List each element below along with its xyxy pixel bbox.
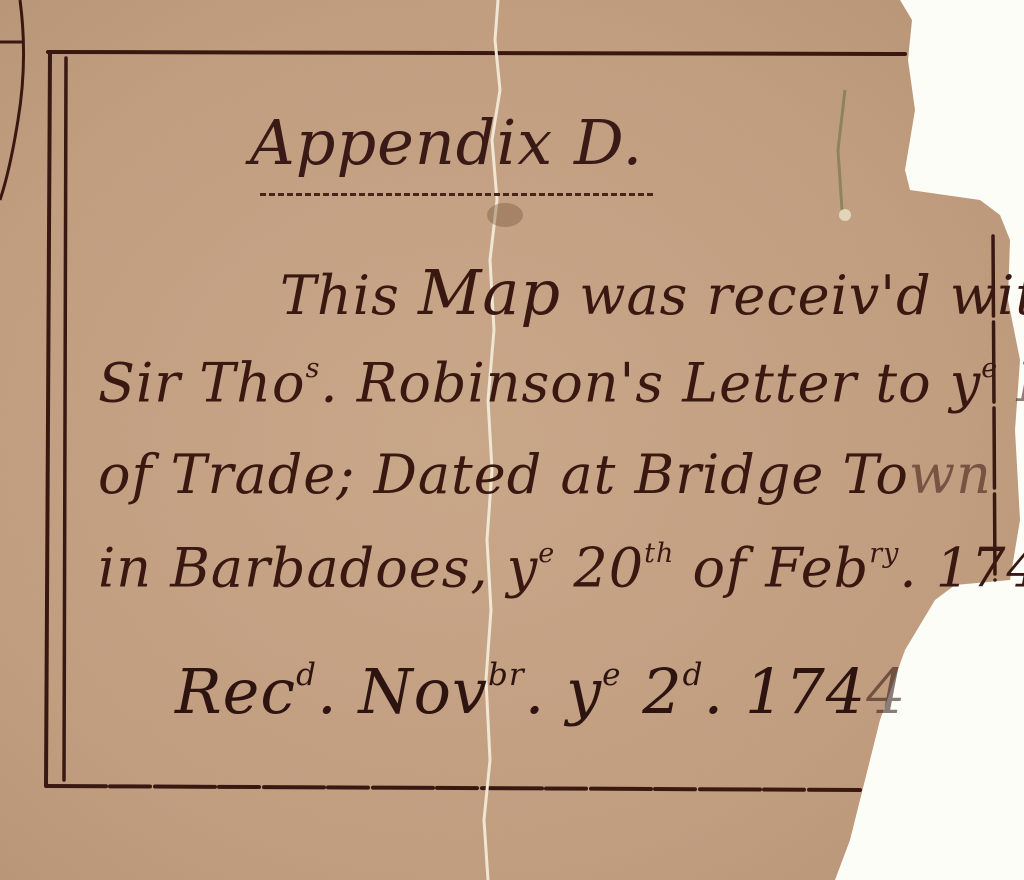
text-line-3: of Trade; Dated at Bridge Town	[98, 448, 992, 502]
line-segment: . Nov	[317, 655, 488, 728]
superscript: e	[981, 353, 998, 384]
superscript: th	[644, 538, 674, 569]
line-segment: was receiv'd with	[561, 264, 1024, 327]
line-segment: in Barbadoes, y	[98, 536, 538, 599]
line-segment: Sir Tho	[98, 351, 306, 414]
line-segment: . Robinson's Letter to y	[320, 351, 981, 414]
line-segment: Rec	[175, 655, 296, 728]
line-segment: Board	[998, 351, 1024, 414]
superscript: e	[602, 657, 621, 693]
text-line-1: This Map was receiv'd with	[280, 262, 1024, 324]
superscript: e	[538, 538, 555, 569]
heading-underline	[260, 193, 653, 196]
line-segment: . 174	[704, 655, 867, 728]
superscript: br	[488, 657, 525, 693]
line-segment: of Trade; Dated at Bridge To	[98, 443, 909, 506]
text-line-5-received: Recd. Novbr. ye 2d. 1744	[175, 660, 907, 723]
line-segment: . 174	[899, 536, 1024, 599]
document-scan: Appendix D. This Map was receiv'd with S…	[0, 0, 1024, 880]
superscript: d	[683, 657, 704, 693]
line-segment: Map	[418, 256, 561, 329]
line-segment: wn	[909, 443, 992, 506]
line-segment: of Feb	[674, 536, 869, 599]
text-line-2: Sir Thos. Robinson's Letter to ye Board	[98, 355, 1024, 410]
line-segment: . y	[525, 655, 602, 728]
text-line-4: in Barbadoes, ye 20th of Febry. 1744	[98, 540, 1024, 595]
line-segment: 4	[866, 655, 906, 728]
superscript: s	[306, 353, 321, 384]
heading-text: Appendix D.	[250, 106, 643, 179]
appendix-heading: Appendix D.	[250, 112, 643, 174]
superscript: d	[296, 657, 317, 693]
line-segment: 20	[555, 536, 644, 599]
superscript: ry	[869, 538, 899, 569]
line-segment: This	[280, 264, 418, 327]
line-segment: 2	[621, 655, 682, 728]
